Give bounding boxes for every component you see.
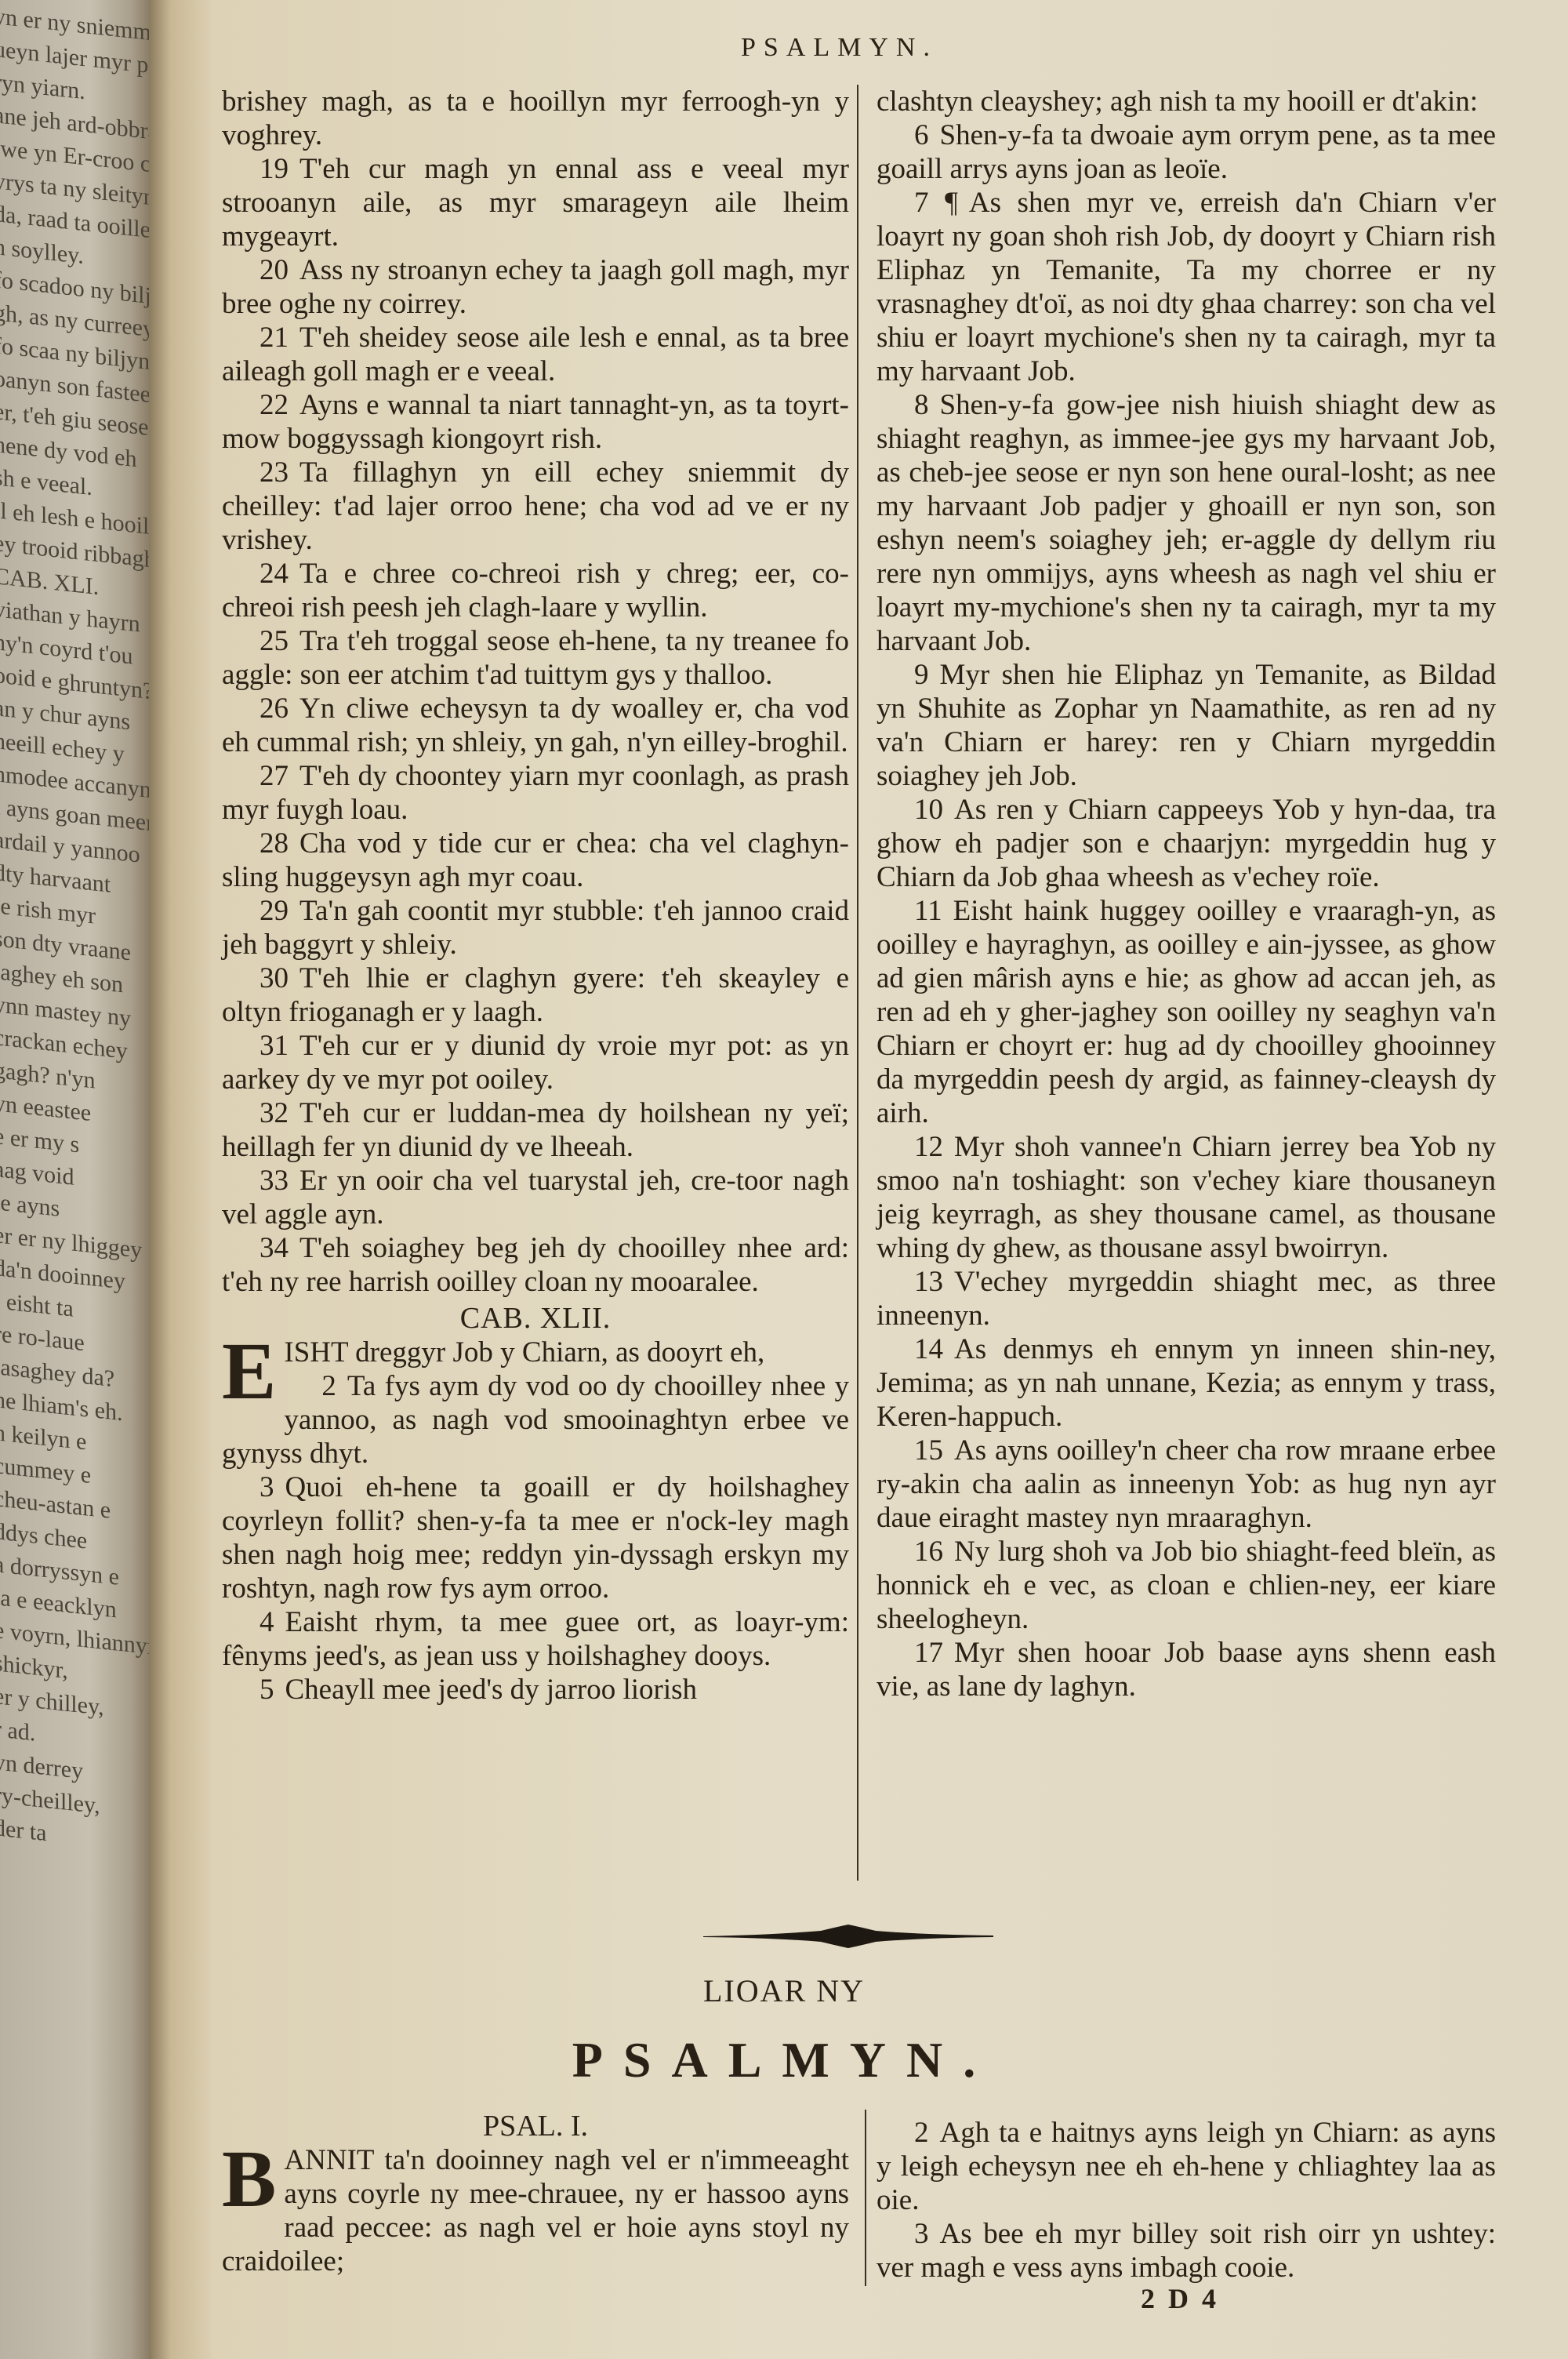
book-intro-line: LIOAR NY <box>0 1972 1568 2009</box>
verse-text: V'echey myrgeddin shiaght mec, as three … <box>877 1266 1496 1332</box>
verse: 3Quoi eh-hene ta goaill er dy hoilshaghe… <box>222 1470 849 1605</box>
verse-text: As shen myr ve, erreish da'n Chiarn v'er… <box>877 187 1496 387</box>
psalm-1-right: 2Agh ta e haitnys ayns leigh yn Chiarn: … <box>877 2116 1496 2284</box>
verse-number: 5 <box>260 1674 274 1706</box>
verse: 19T'eh cur magh yn ennal ass e veeal myr… <box>222 152 849 253</box>
column-divider <box>857 85 858 1881</box>
verse-text: Ny lurg shoh va Job bio shiaght-feed ble… <box>877 1536 1496 1635</box>
verse-text: Er yn ooir cha vel tuarystal jeh, cre-to… <box>222 1165 849 1230</box>
verse-number: 6 <box>914 119 929 151</box>
verse: 22Ayns e wannal ta niart tannaght-yn, as… <box>222 388 849 456</box>
verse-text: Ass ny stroanyn echey ta jaagh goll magh… <box>222 254 849 320</box>
verse-text: brishey magh, as ta e hooillyn myr ferro… <box>222 85 849 151</box>
verse: 30T'eh lhie er claghyn gyere: t'eh skeay… <box>222 961 849 1029</box>
verse: 25Tra t'eh troggal seose eh-hene, ta ny … <box>222 624 849 692</box>
verse-number: 7 ¶ <box>914 187 958 219</box>
verse-number: 24 <box>260 558 289 590</box>
verse-text: Ta fys aym dy vod oo dy chooilley nhee y… <box>222 1370 849 1470</box>
verse: clashtyn cleayshey; agh nish ta my hooil… <box>877 85 1496 118</box>
verse-text: T'eh dy choontey yiarn myr coonlagh, as … <box>222 760 849 826</box>
verse: 12Myr shoh vannee'n Chiarn jerrey bea Yo… <box>877 1130 1496 1265</box>
verse-number: 22 <box>260 389 289 421</box>
verse-text: Shen-y-fa gow-jee nish hiuish shiaght de… <box>877 389 1496 657</box>
verse-text: As denmys eh ennym yn inneen shin-ney, J… <box>877 1333 1496 1433</box>
verse: 16Ny lurg shoh va Job bio shiaght-feed b… <box>877 1535 1496 1636</box>
verse-text: Cheayll mee jeed's dy jarroo liorish <box>285 1674 698 1706</box>
verse: 2Ta fys aym dy vod oo dy chooilley nhee … <box>222 1369 849 1470</box>
drop-cap: B <box>222 2146 276 2212</box>
verse: 7 ¶As shen myr ve, erreish da'n Chiarn v… <box>877 186 1496 388</box>
verse-number: 3 <box>914 2218 929 2250</box>
verse-text: Myr shen hie Eliphaz yn Temanite, as Bil… <box>877 659 1496 792</box>
verse-text: Quoi eh-hene ta goaill er dy hoilshaghey… <box>222 1471 849 1605</box>
verse: 23Ta fillaghyn yn eill echey sniemmit dy… <box>222 456 849 557</box>
psalm-1-left: PSAL. I. BANNIT ta'n dooinney nagh vel e… <box>222 2110 849 2278</box>
psalm-1-verse-1: BANNIT ta'n dooinney nagh vel er n'immee… <box>222 2143 849 2278</box>
verse: 24Ta e chree co-chreoi rish y chreg; eer… <box>222 557 849 624</box>
verse-text: Ta fillaghyn yn eill echey sniemmit dy c… <box>222 456 849 556</box>
verse-number: 2 <box>914 2117 929 2149</box>
left-column: brishey magh, as ta e hooillyn myr ferro… <box>222 85 849 1707</box>
right-column: clashtyn cleayshey; agh nish ta my hooil… <box>877 85 1496 1703</box>
verse-text: Shen-y-fa ta dwoaie aym orrym pene, as t… <box>877 119 1496 185</box>
verse-text: As bee eh myr billey soit rish oirr yn u… <box>877 2218 1496 2284</box>
verse: 3As bee eh myr billey soit rish oirr yn … <box>877 2217 1496 2284</box>
verse-number: 13 <box>914 1266 943 1298</box>
verse-text: Yn cliwe echeysyn ta dy woalley er, cha … <box>222 692 849 758</box>
verse: 32T'eh cur er luddan-mea dy hoilshean ny… <box>222 1096 849 1164</box>
verse-number: 20 <box>260 254 289 286</box>
verse-text: T'eh lhie er claghyn gyere: t'eh skeayle… <box>222 962 849 1028</box>
verse-text: Eaisht rhym, ta mee guee ort, as loayr-y… <box>222 1606 849 1672</box>
verse-number: 28 <box>260 827 289 860</box>
verse: 6Shen-y-fa ta dwoaie aym orrym pene, as … <box>877 118 1496 186</box>
verse-text: T'eh cur magh yn ennal ass e veeal myr s… <box>222 153 849 253</box>
verse-number: 29 <box>260 895 289 927</box>
verse-number: 11 <box>914 895 942 927</box>
verse: 17Myr shen hooar Job baase ayns shenn ea… <box>877 1636 1496 1703</box>
verse-number: 9 <box>914 659 929 691</box>
verse: 5Cheayll mee jeed's dy jarroo liorish <box>222 1673 849 1707</box>
verse: 15As ayns ooilley'n cheer cha row mraane… <box>877 1434 1496 1535</box>
verse: 27T'eh dy choontey yiarn myr coonlagh, a… <box>222 759 849 827</box>
verse-number: 25 <box>260 625 289 657</box>
verse-number: 19 <box>260 153 289 185</box>
verse-text: T'eh soiaghey beg jeh dy chooilley nhee … <box>222 1232 849 1298</box>
verse-number: 16 <box>914 1536 943 1568</box>
column-divider-bottom <box>865 2110 866 2286</box>
verse: 14As denmys eh ennym yn inneen shin-ney,… <box>877 1332 1496 1434</box>
verse-text: Tra t'eh troggal seose eh-hene, ta ny tr… <box>222 625 849 691</box>
book-title: PSALMYN. <box>0 2031 1568 2089</box>
verse: 10As ren y Chiarn cappeeys Yob y hyn-daa… <box>877 793 1496 894</box>
verse: 33Er yn ooir cha vel tuarystal jeh, cre-… <box>222 1164 849 1231</box>
verse-number: 27 <box>260 760 289 792</box>
drop-cap: E <box>222 1339 276 1405</box>
verse-number: 34 <box>260 1232 289 1264</box>
verse-text: T'eh sheidey seose aile lesh e ennal, as… <box>222 322 849 387</box>
verse-text: T'eh cur er y diunid dy vroie myr pot: a… <box>222 1030 849 1096</box>
verse-text: T'eh cur er luddan-mea dy hoilshean ny y… <box>222 1097 849 1163</box>
verse: 2Agh ta e haitnys ayns leigh yn Chiarn: … <box>877 2116 1496 2217</box>
verse-number: 21 <box>260 322 289 354</box>
ornament-rule-icon <box>703 1925 993 1948</box>
verse-text: clashtyn cleayshey; agh nish ta my hooil… <box>877 85 1478 118</box>
verse-text: ISHT dreggyr Job y Chiarn, as dooyrt eh, <box>284 1336 764 1369</box>
verse-number: 3 <box>260 1471 274 1503</box>
verse-number: 32 <box>260 1097 289 1129</box>
verse-number: 15 <box>914 1434 943 1467</box>
verse-number: 8 <box>914 389 929 421</box>
verse: 26Yn cliwe echeysyn ta dy woalley er, ch… <box>222 692 849 759</box>
chapter-heading: CAB. XLII. <box>222 1302 849 1336</box>
verse: 11Eisht haink huggey ooilley e vraaragh-… <box>877 894 1496 1130</box>
verse-number: 30 <box>260 962 289 994</box>
signature-mark: 2 D 4 <box>1141 2282 1219 2315</box>
running-head: PSALMYN. <box>741 33 938 63</box>
verse-number: 12 <box>914 1131 943 1163</box>
verse-text: Agh ta e haitnys ayns leigh yn Chiarn: a… <box>877 2117 1496 2216</box>
verse-text: Myr shoh vannee'n Chiarn jerrey bea Yob … <box>877 1131 1496 1264</box>
verse: 34T'eh soiaghey beg jeh dy chooilley nhe… <box>222 1231 849 1299</box>
verse-number: 23 <box>260 456 289 489</box>
verse-number: 33 <box>260 1165 289 1197</box>
verse: 13V'echey myrgeddin shiaght mec, as thre… <box>877 1265 1496 1332</box>
verse-text: Cha vod y tide cur er chea: cha vel clag… <box>222 827 849 893</box>
verse-number: 26 <box>260 692 289 725</box>
verse: 4Eaisht rhym, ta mee guee ort, as loayr-… <box>222 1605 849 1673</box>
verse: 29Ta'n gah coontit myr stubble: t'eh jan… <box>222 894 849 961</box>
verse-text: Ta e chree co-chreoi rish y chreg; eer, … <box>222 558 849 623</box>
verse: 8Shen-y-fa gow-jee nish hiuish shiaght d… <box>877 388 1496 658</box>
verse: 31T'eh cur er y diunid dy vroie myr pot:… <box>222 1029 849 1096</box>
verse-number: 2 <box>321 1370 336 1402</box>
verse: brishey magh, as ta e hooillyn myr ferro… <box>222 85 849 152</box>
verse: 9Myr shen hie Eliphaz yn Temanite, as Bi… <box>877 658 1496 793</box>
psalm-heading: PSAL. I. <box>222 2110 849 2143</box>
verse: 20Ass ny stroanyn echey ta jaagh goll ma… <box>222 253 849 321</box>
chapter-verse-1: EISHT dreggyr Job y Chiarn, as dooyrt eh… <box>222 1336 849 1369</box>
verse-text: Eisht haink huggey ooilley e vraaragh-yn… <box>877 895 1496 1129</box>
verse-text: ANNIT ta'n dooinney nagh vel er n'immeea… <box>222 2144 849 2277</box>
verse: 28Cha vod y tide cur er chea: cha vel cl… <box>222 827 849 894</box>
verse-number: 4 <box>260 1606 274 1638</box>
verse-text: Ta'n gah coontit myr stubble: t'eh janno… <box>222 895 849 961</box>
verse-number: 17 <box>914 1637 943 1669</box>
verse-text: As ren y Chiarn cappeeys Yob y hyn-daa, … <box>877 794 1496 893</box>
verse-text: As ayns ooilley'n cheer cha row mraane e… <box>877 1434 1496 1534</box>
verse-text: Ayns e wannal ta niart tannaght-yn, as t… <box>222 389 849 455</box>
verse: 21T'eh sheidey seose aile lesh e ennal, … <box>222 321 849 388</box>
verse-number: 10 <box>914 794 943 826</box>
verse-number: 31 <box>260 1030 289 1062</box>
verse-text: Myr shen hooar Job baase ayns shenn eash… <box>877 1637 1496 1703</box>
verse-number: 14 <box>914 1333 943 1365</box>
